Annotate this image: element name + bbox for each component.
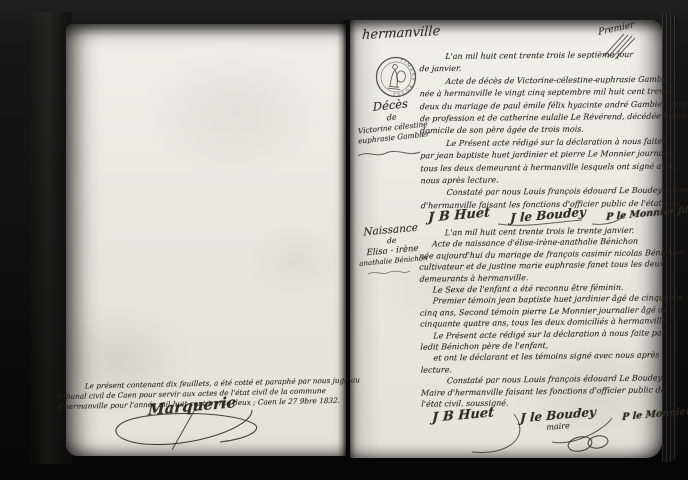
svg-text:TIMBRE ROYAL: TIMBRE ROYAL [391,57,418,99]
act-deces: L'an mil huit cent trente trois le septi… [419,49,663,213]
signature-flourish [452,412,642,464]
act-naissance: L'an mil huit cent trente trois le trent… [419,224,664,410]
register-scan: Le présent contenant dix feuillets, a ét… [0,0,688,480]
margin-note-flourish [366,268,412,278]
stamp-ring-text: TIMBRE ROYAL [391,57,418,99]
signature-flourish [102,402,270,452]
signature: J B Huet [428,205,491,226]
margin-note-flourish [356,148,422,160]
